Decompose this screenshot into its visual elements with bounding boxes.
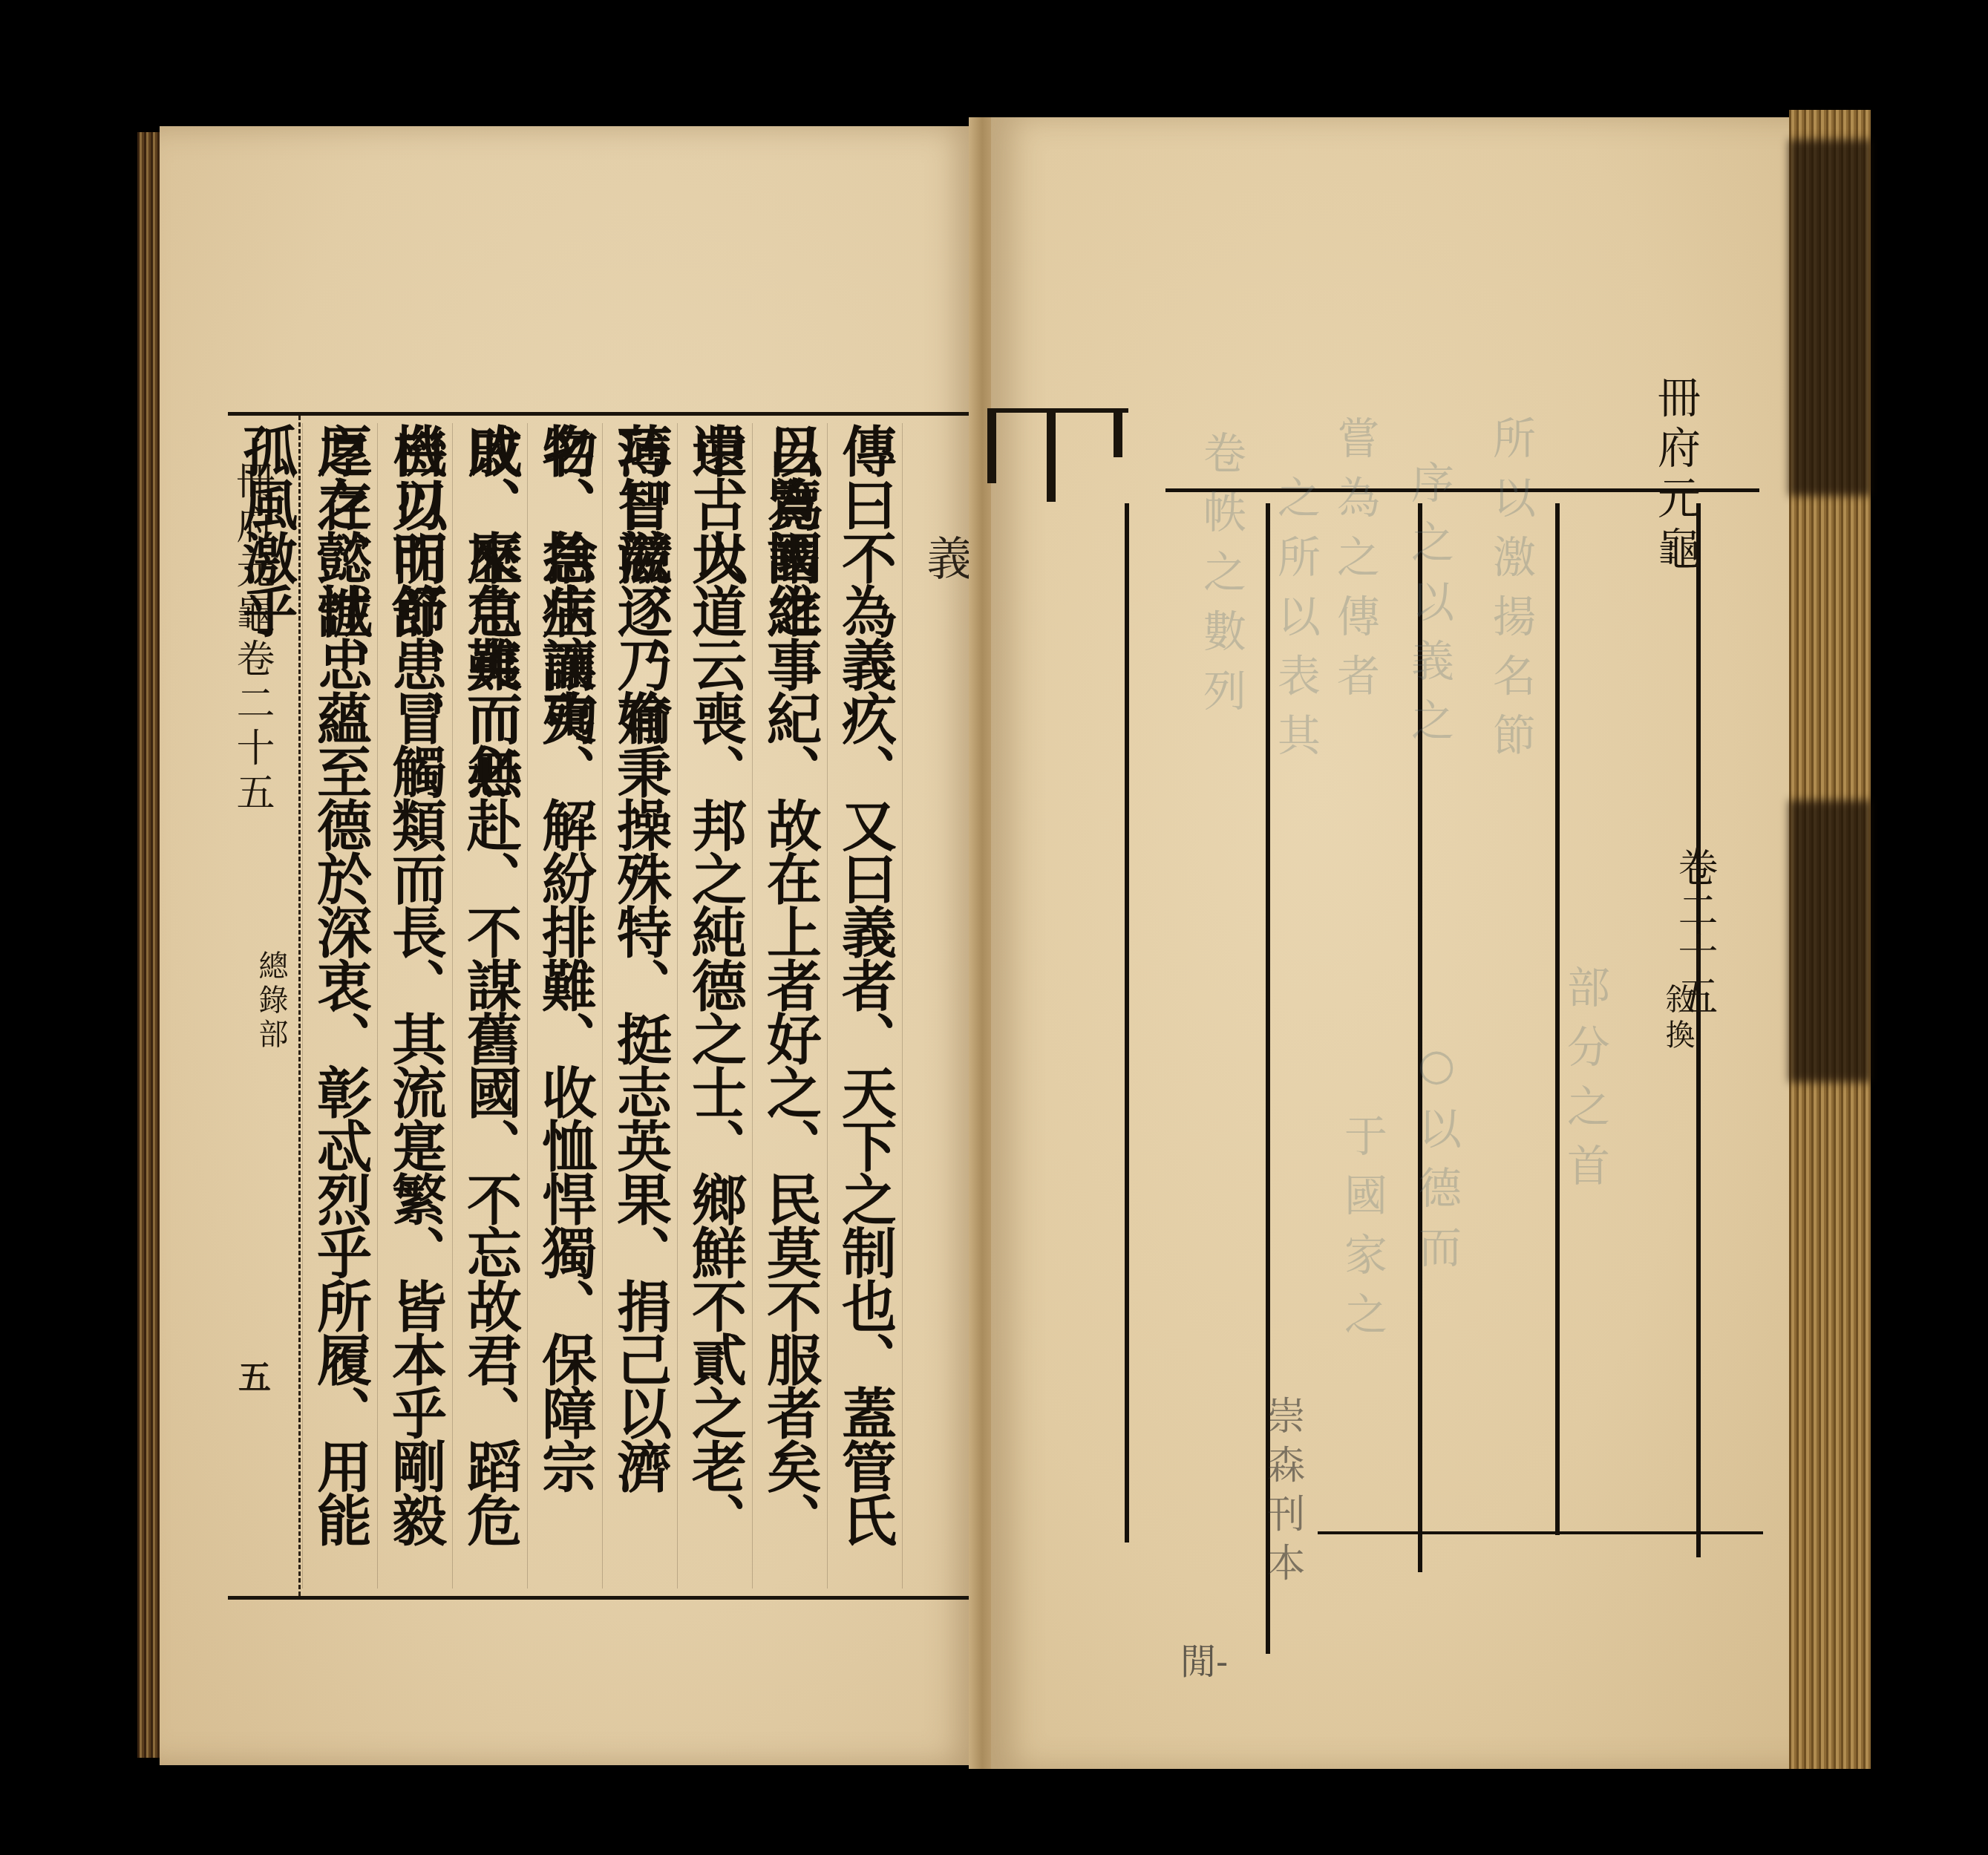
left-page: 冊府元龜卷二十五 總錄部 五 義 傳曰不為義疚、又曰義者、天下之制也、蓋管氏以為… xyxy=(160,126,980,1765)
column-rule xyxy=(1125,503,1129,1542)
text-column-1: 傳曰不為義疚、又曰義者、天下之制也、蓋管氏以為國維 xyxy=(827,423,902,1589)
collector-seal: 崇森刊本 xyxy=(1255,1396,1310,1591)
left-text-block: 冊府元龜卷二十五 總錄部 五 義 傳曰不為義疚、又曰義者、天下之制也、蓋管氏以為… xyxy=(228,412,989,1600)
text-column-3: 還、大道云喪、邦之純德之士、鄉鮮不貳之老、巧智競逐、媮 xyxy=(677,423,752,1589)
showthrough-text: 之所以表其 xyxy=(1262,475,1329,772)
text-column-7: 白刃而舒患、觸類而長、其流寔繁、皆本乎剛毅之存、誠忠 xyxy=(377,423,452,1589)
text-column-6: 攺、來急難而必赴、不謀舊國、不忘故君、蹈危機以明節、冒 xyxy=(452,423,527,1589)
right-page-subtitle: 敘換 xyxy=(1657,984,1699,1055)
showthrough-text: 序之以義之 xyxy=(1396,460,1462,757)
broken-frame-corner xyxy=(987,408,1128,494)
stamp-mark: 閒- xyxy=(1180,1633,1228,1684)
text-column-8: 厚之懿性、蘊至德於深衷、彰忒烈乎所履、用能孤風激乎 xyxy=(302,423,377,1589)
text-column-4: 薄日滋、乃有秉操殊特、挺志英果、捐己以濟物、捨生而殉 xyxy=(602,423,677,1589)
right-page-book-title: 冊府元龜 xyxy=(1644,375,1707,577)
open-book: 冊府元龜卷二十五 總錄部 五 義 傳曰不為義疚、又曰義者、天下之制也、蓋管氏以為… xyxy=(137,110,1934,1765)
margin-page-number: 五 xyxy=(238,1351,271,1398)
showthrough-text: 于國家之 xyxy=(1329,1113,1396,1351)
text-column-5: 名、急病讓夷、解紛排難、收恤悍獨、保障宗戚、歷屯夷而無 xyxy=(527,423,602,1589)
text-column-2: 呂覽謂之事紀、故在上者好之、民莫不服者矣、中古以 xyxy=(752,423,827,1589)
showthrough-text: 卷帙之數列 xyxy=(1188,431,1255,727)
showthrough-text: 所以激揚名節 xyxy=(1477,416,1544,772)
text-columns: 義 傳曰不為義疚、又曰義者、天下之制也、蓋管氏以為國維 呂覽謂之事紀、故在上者好… xyxy=(302,423,983,1589)
margin-section-name: 總錄部 xyxy=(250,950,292,1053)
showthrough-text: 部分之首 xyxy=(1552,965,1618,1203)
right-page-edges xyxy=(1789,110,1871,1769)
showthrough-text: 嘗為之傳者 xyxy=(1321,416,1388,713)
showthrough-text: ○以德而 xyxy=(1403,1039,1470,1284)
